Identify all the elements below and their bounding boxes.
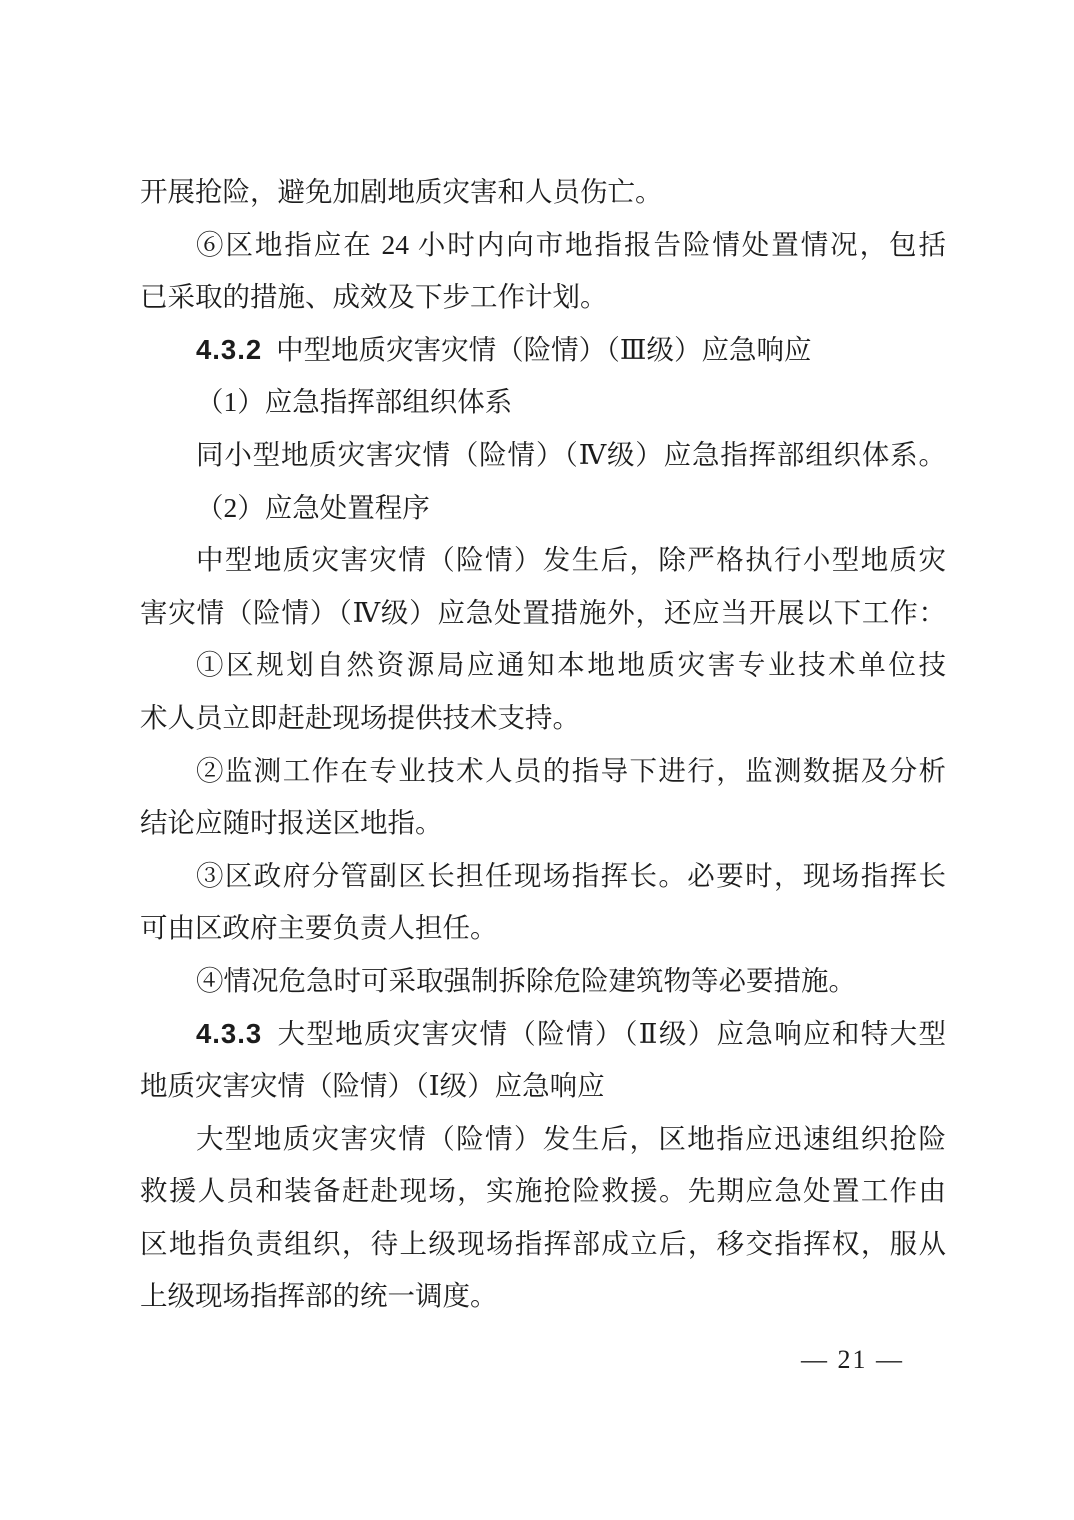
body-line: （1）应急指挥部组织体系 (140, 376, 946, 429)
document-page: 开展抢险，避免加剧地质灾害和人员伤亡。 ⑥区地指应在 24 小时内向市地指报告险… (0, 0, 1074, 1520)
section-heading-4-3-2: 4.3.2中型地质灾害灾情（险情）（Ⅲ级）应急响应 (140, 324, 946, 377)
body-line: 结论应随时报送区地指。 (140, 797, 946, 850)
body-line: ①区规划自然资源局应通知本地地质灾害专业技术单位技 (140, 639, 946, 692)
body-line: ③区政府分管副区长担任现场指挥长。必要时，现场指挥长 (140, 850, 946, 903)
body-line: 区地指负责组织，待上级现场指挥部成立后，移交指挥权，服从 (140, 1218, 946, 1271)
section-title: 中型地质灾害灾情（险情）（Ⅲ级）应急响应 (276, 334, 811, 365)
body-line: 地质灾害灾情（险情）（Ⅰ级）应急响应 (140, 1060, 946, 1113)
body-line: 救援人员和装备赶赴现场，实施抢险救援。先期应急处置工作由 (140, 1165, 946, 1218)
body-line: ②监测工作在专业技术人员的指导下进行，监测数据及分析 (140, 745, 946, 798)
body-line: ⑥区地指应在 24 小时内向市地指报告险情处置情况，包括 (140, 219, 946, 272)
body-line: 术人员立即赶赴现场提供技术支持。 (140, 692, 946, 745)
body-line: ④情况危急时可采取强制拆除危险建筑物等必要措施。 (140, 955, 946, 1008)
body-line: 已采取的措施、成效及下步工作计划。 (140, 271, 946, 324)
document-body: 开展抢险，避免加剧地质灾害和人员伤亡。 ⑥区地指应在 24 小时内向市地指报告险… (140, 166, 946, 1323)
body-line: 开展抢险，避免加剧地质灾害和人员伤亡。 (140, 166, 946, 219)
section-heading-4-3-3: 4.3.3大型地质灾害灾情（险情）（Ⅱ级）应急响应和特大型 (140, 1008, 946, 1061)
body-line: 可由区政府主要负责人担任。 (140, 902, 946, 955)
body-line: （2）应急处置程序 (140, 482, 946, 535)
body-line: 中型地质灾害灾情（险情）发生后，除严格执行小型地质灾 (140, 534, 946, 587)
section-number: 4.3.2 (196, 334, 262, 365)
body-line: 上级现场指挥部的统一调度。 (140, 1270, 946, 1323)
section-number: 4.3.3 (196, 1018, 262, 1049)
section-title: 大型地质灾害灾情（险情）（Ⅱ级）应急响应和特大型 (276, 1018, 946, 1049)
body-line: 同小型地质灾害灾情（险情）（Ⅳ级）应急指挥部组织体系。 (140, 429, 946, 482)
body-line: 大型地质灾害灾情（险情）发生后，区地指应迅速组织抢险 (140, 1113, 946, 1166)
page-number: — 21 — (801, 1340, 904, 1380)
body-line: 害灾情（险情）（Ⅳ级）应急处置措施外，还应当开展以下工作： (140, 587, 946, 640)
